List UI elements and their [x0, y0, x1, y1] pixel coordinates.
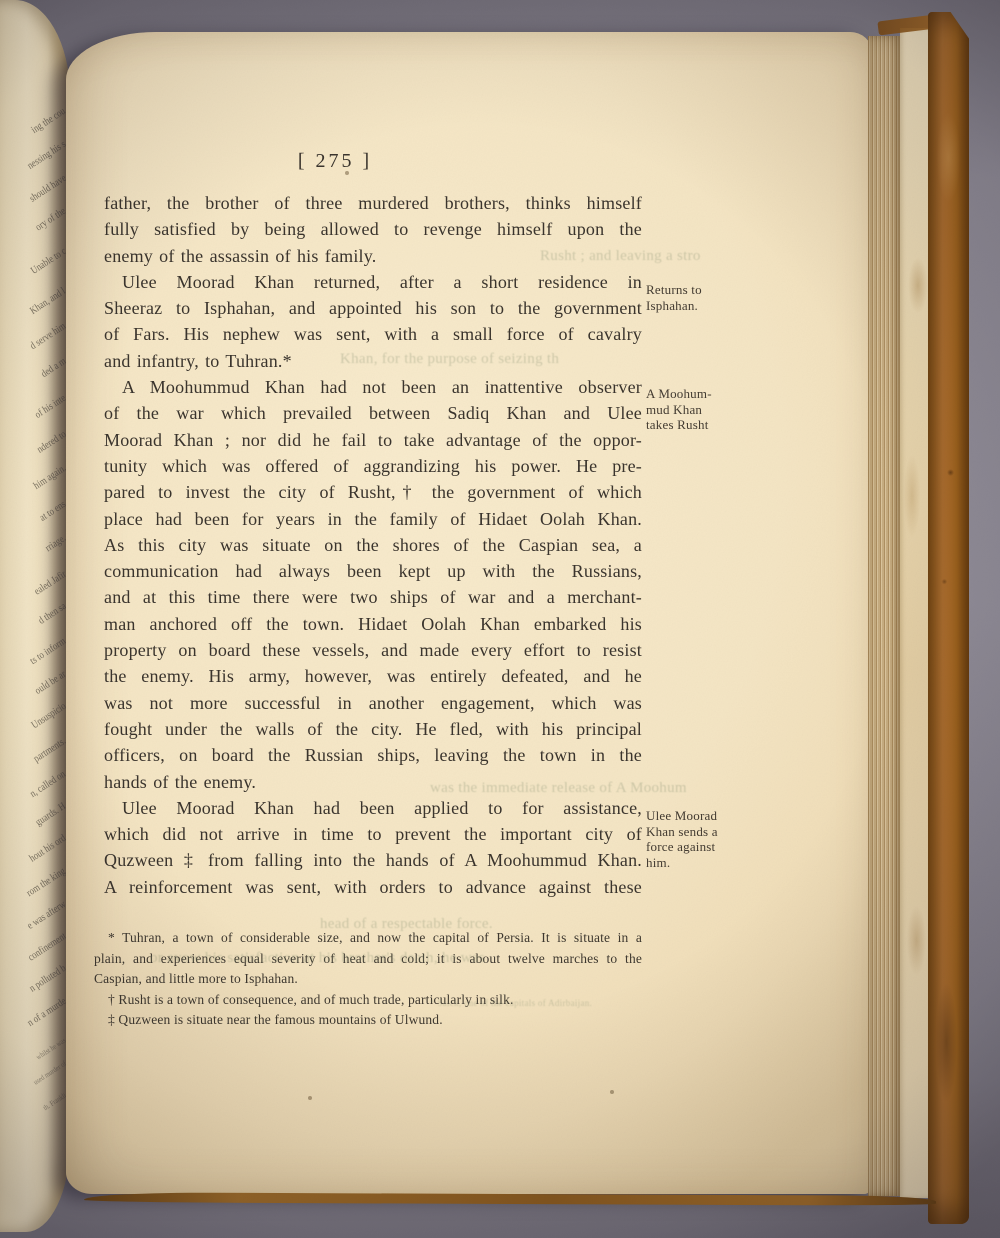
- edge-text-fragment: confinement: [26, 931, 68, 964]
- body-line: officers, on board the Russian ships, le…: [104, 742, 642, 768]
- body-line: Moorad Khan ; nor did he fail to take ad…: [104, 427, 642, 453]
- footnote-line: Caspian, and little more to Isphahan.: [94, 969, 642, 990]
- edge-text-fragment: Khan, and l: [29, 286, 68, 317]
- edge-text-fragment: at to ens: [38, 499, 68, 524]
- edge-text-fragment: Unable to c: [29, 246, 68, 277]
- foxing-speck: [345, 171, 349, 175]
- foxing-speck: [610, 1090, 614, 1094]
- body-line: communication had always been kept up wi…: [104, 558, 642, 584]
- body-line: Ulee Moorad Khan had been applied to for…: [104, 795, 642, 821]
- margin-note: Ulee MooradKhan sends aforce againsthim.: [646, 808, 750, 870]
- edge-text-fragment: used murder of: [31, 1059, 67, 1087]
- book-photo: ing the counessing his sshould haveory o…: [0, 0, 1000, 1238]
- edge-text-fragment: of his inte: [33, 393, 68, 421]
- edge-text-fragment: e was afterw: [26, 899, 68, 932]
- foxing-speck: [308, 1096, 312, 1100]
- footnote-line: ‡ Quzween is situate near the famous mou…: [94, 1010, 642, 1031]
- edge-text-fragment: n polluted b: [28, 963, 68, 995]
- body-line: which did not arrive in time to prevent …: [104, 821, 642, 847]
- edge-text-fragment: rom the king: [25, 866, 68, 899]
- body-line: the enemy. His army, however, was entire…: [104, 663, 642, 689]
- footnotes: * Tuhran, a town of considerable size, a…: [94, 928, 642, 1031]
- edge-text-fragment: ndered to: [35, 429, 68, 456]
- body-line: fought under the walls of the city. He f…: [104, 716, 642, 742]
- edge-text-fragment: ould be ar: [33, 669, 68, 697]
- margin-note-line: him.: [646, 855, 750, 871]
- showthrough-text: Rusht ; and leaving a stro: [540, 248, 701, 265]
- margin-note: Returns toIsphahan.: [646, 282, 750, 313]
- body-line: place had been for years in the family o…: [104, 506, 642, 532]
- body-line: property on board these vessels, and mad…: [104, 637, 642, 663]
- body-line: fully satisfied by being allowed to reve…: [104, 216, 642, 242]
- edge-text-fragment: d serve him: [28, 321, 68, 352]
- margin-note-line: takes Rusht: [646, 417, 750, 433]
- edge-text-fragment: rriage.: [43, 533, 68, 554]
- margin-note: A Moohum-mud Khantakes Rusht: [646, 386, 750, 433]
- body-line: tunity which was offered of aggrandizing…: [104, 453, 642, 479]
- facing-page-edge: ing the counessing his sshould haveory o…: [0, 0, 70, 1232]
- margin-note-line: Ulee Moorad: [646, 808, 750, 824]
- edge-text-fragment: hout his ord: [28, 833, 68, 865]
- book-page: [ 275 ] father, the brother of three mur…: [66, 32, 872, 1194]
- body-line: was not more successful in another engag…: [104, 690, 642, 716]
- body-line: A reinforcement was sent, with orders to…: [104, 874, 642, 900]
- page-stack-edge: [868, 36, 900, 1196]
- showthrough-text: was the immediate release of A Moohum: [430, 780, 687, 797]
- edge-text-fragment: nessing his s: [25, 139, 68, 172]
- showthrough-text: Khan, for the purpose of seizing th: [340, 351, 559, 368]
- body-line: and at this time there were two ships of…: [104, 584, 642, 610]
- edge-text-fragment: n, called on: [29, 769, 68, 800]
- body-line: of the war which prevailed between Sadiq…: [104, 400, 642, 426]
- edge-text-fragment: ing the cou: [30, 106, 68, 136]
- body-line: of Fars. His nephew was sent, with a sma…: [104, 321, 642, 347]
- margin-note-line: Returns to: [646, 282, 750, 298]
- edge-text-fragment: d then sa: [36, 601, 68, 627]
- edge-text-fragment: ory of the: [34, 206, 68, 233]
- body-line: As this city was situate on the shores o…: [104, 532, 642, 558]
- showthrough-text: * Saick, one of the capitals of Adirbaij…: [430, 998, 592, 1008]
- body-line: father, the brother of three murdered br…: [104, 190, 642, 216]
- edge-text-fragment: guards. H: [34, 801, 68, 828]
- margin-note-line: mud Khan: [646, 402, 750, 418]
- body-line: man anchored off the town. Hidaet Oolah …: [104, 611, 642, 637]
- body-line: pared to invest the city of Rusht,† the …: [104, 479, 642, 505]
- edge-text-fragment: him again,: [32, 463, 68, 492]
- edge-text-fragment: ealed Jafir: [32, 569, 68, 598]
- cover-bottom-edge: [84, 1192, 936, 1206]
- body-line: A Moohummud Khan had not been an inatten…: [104, 374, 642, 400]
- body-line: Sheeraz to Isphahan, and appointed his s…: [104, 295, 642, 321]
- edge-text-fragment: Unsuspicio: [30, 701, 68, 731]
- edge-text-fragment: ts to inform: [28, 636, 68, 667]
- body-line: Ulee Moorad Khan returned, after a short…: [104, 269, 642, 295]
- leather-cover-edge: [928, 12, 969, 1224]
- endpaper-strip: [900, 28, 930, 1198]
- edge-text-fragment: ded a m: [39, 356, 68, 380]
- showthrough-text: head of a respectable force.: [320, 916, 493, 933]
- margin-note-line: Khan sends a: [646, 824, 750, 840]
- edge-text-fragment: should have: [27, 173, 68, 205]
- page-number: [ 275 ]: [105, 150, 565, 173]
- edge-text-fragment: n of a murde: [25, 996, 68, 1029]
- margin-note-line: Isphahan.: [646, 298, 750, 314]
- edge-text-fragment: partments.: [32, 736, 68, 765]
- body-line: Quzween ‡ from falling into the hands of…: [104, 847, 642, 873]
- margin-note-line: A Moohum-: [646, 386, 750, 402]
- edge-text-fragment: th. Frankli: [41, 1091, 67, 1113]
- showthrough-text: or avow his satisfaction at his brother'…: [150, 950, 485, 967]
- margin-note-line: force against: [646, 839, 750, 855]
